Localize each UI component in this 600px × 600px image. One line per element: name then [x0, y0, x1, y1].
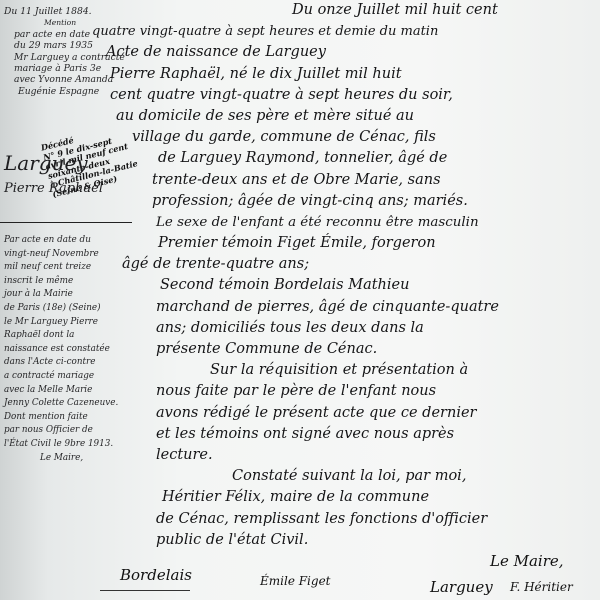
body-line: village du garde, commune de Cénac, fils — [92, 127, 600, 148]
body-line: au domicile de ses père et mère situé au — [92, 106, 600, 127]
body-line: Sur la réquisition et présentation à — [92, 360, 600, 381]
body-line: avons rédigé le présent acte que ce dern… — [92, 403, 600, 424]
signature-father: Larguey — [430, 578, 493, 596]
body-line: marchand de pierres, âgé de cinquante-qu… — [92, 297, 600, 318]
body-line: Du onze Juillet mil huit cent — [92, 0, 600, 21]
body-line: public de l'état Civil. — [92, 530, 600, 551]
signature-witness-1: Émile Figet — [260, 574, 331, 588]
body-line: de Cénac, remplissant les fonctions d'of… — [92, 509, 600, 530]
mayor-title: Le Maire, — [490, 552, 564, 570]
body-line: de Larguey Raymond, tonnelier, âgé de — [92, 148, 600, 169]
signature-mayor: F. Héritier — [510, 580, 573, 594]
body-line: Premier témoin Figet Émile, forgeron — [92, 233, 600, 254]
body-line: âgé de trente-quatre ans; — [92, 254, 600, 275]
body-line: quatre vingt-quatre à sept heures et dem… — [92, 21, 600, 42]
signature-witness-2: Bordelais — [120, 566, 192, 584]
body-line: Second témoin Bordelais Mathieu — [92, 275, 600, 296]
body-line: trente-deux ans et de Obre Marie, sans — [92, 170, 600, 191]
margin-subject-name: Larguey Pierre Raphaël — [4, 150, 103, 202]
body-line: lecture. — [92, 445, 600, 466]
body-line: Héritier Félix, maire de la commune — [92, 487, 600, 508]
body-line: Le sexe de l'enfant a été reconnu être m… — [92, 212, 600, 233]
body-line: Constaté suivant la loi, par moi, — [92, 466, 600, 487]
body-line: cent quatre vingt-quatre à sept heures d… — [92, 85, 600, 106]
body-line: Acte de naissance de Larguey — [92, 42, 600, 63]
body-line: profession; âgée de vingt-cinq ans; mari… — [92, 191, 600, 212]
register-page: Du 11 Juillet 1884. Mention par acte en … — [0, 0, 600, 600]
body-line: ans; domiciliés tous les deux dans la — [92, 318, 600, 339]
body-line: Pierre Raphaël, né le dix Juillet mil hu… — [92, 64, 600, 85]
signature-flourish — [100, 590, 190, 591]
signatures-block: Bordelais Émile Figet Le Maire, Larguey … — [100, 556, 600, 600]
body-line: nous faite par le père de l'enfant nous — [92, 381, 600, 402]
act-body: Du onze Juillet mil huit cent quatre vin… — [92, 0, 600, 551]
body-line: présente Commune de Cénac. — [92, 339, 600, 360]
body-line: et les témoins ont signé avec nous après — [92, 424, 600, 445]
